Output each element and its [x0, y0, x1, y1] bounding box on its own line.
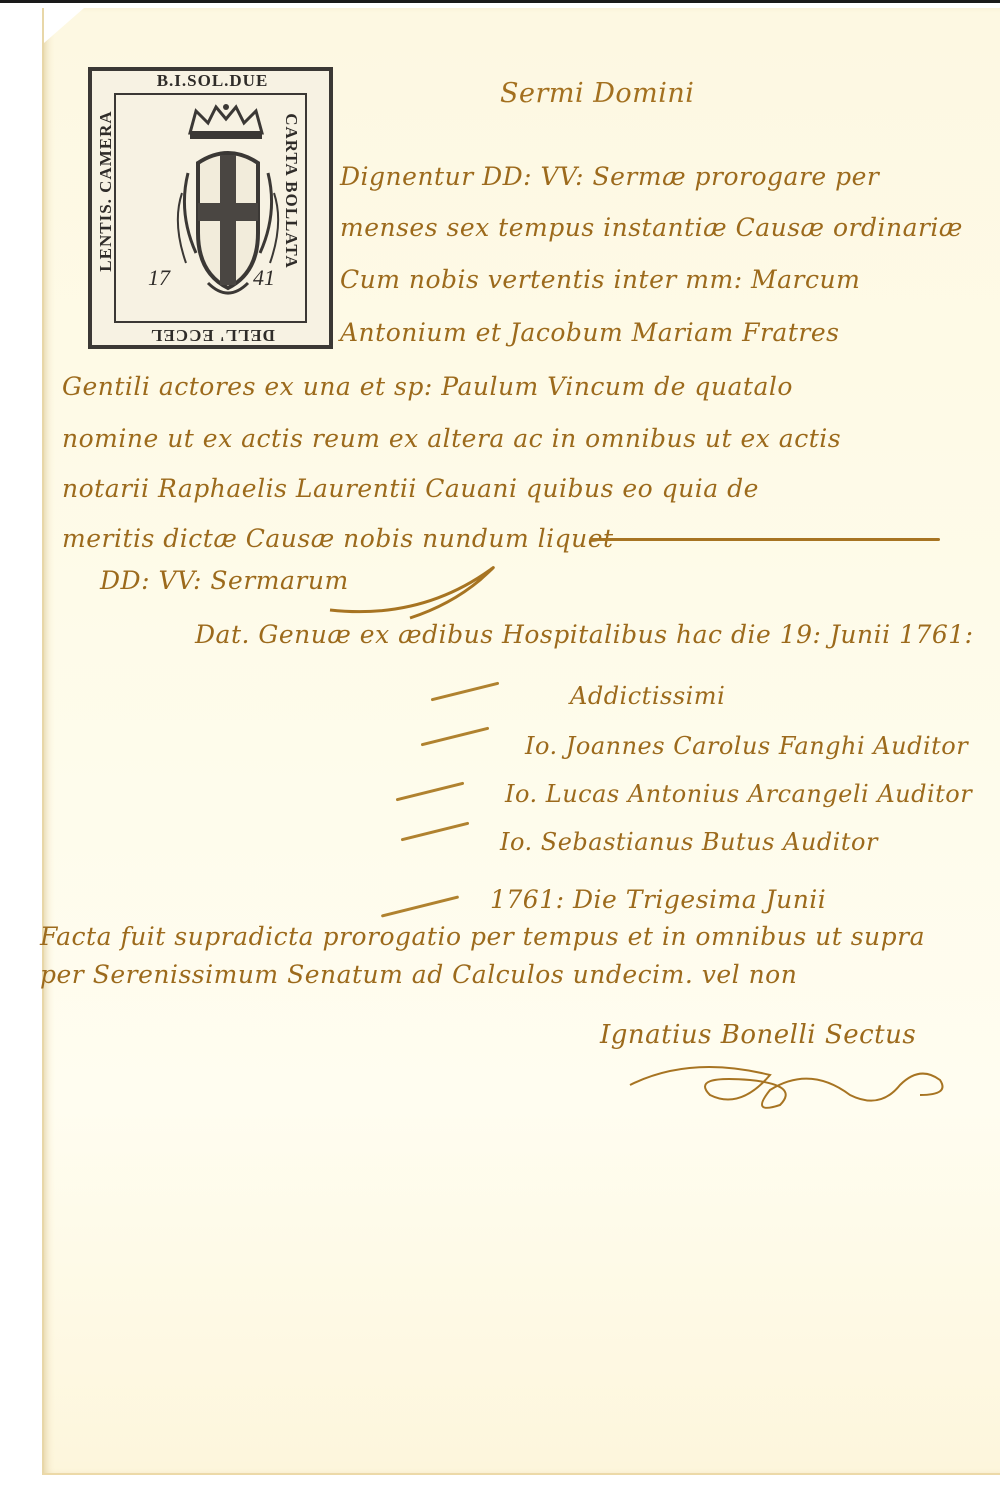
date-line: Dat. Genuæ ex ædibus Hospitalibus hac di…	[195, 620, 974, 649]
line-end-flourish	[590, 538, 940, 541]
body-line: menses sex tempus instantiæ Causæ ordina…	[340, 213, 963, 242]
scan-top-edge	[0, 0, 1000, 3]
stamp-year-right: 41	[253, 265, 275, 291]
body-line: Cum nobis vertentis inter mm: Marcum	[340, 265, 860, 294]
stamp-left-text: LENTIS. CAMERA	[96, 81, 116, 301]
revenue-stamp: B.I.SOL.DUE CARTA BOLLATA LENTIS. CAMERA…	[88, 67, 333, 349]
stamp-frame: 17 41	[114, 93, 307, 323]
crown-icon	[186, 103, 266, 141]
closing-flourish-icon	[330, 560, 510, 620]
body-line: nomine ut ex actis reum ex altera ac in …	[62, 424, 841, 453]
closing-salutation: DD: VV: Sermarum	[100, 566, 349, 595]
signatory-name: Io. Joannes Carolus Fanghi Auditor	[525, 732, 968, 760]
annotation-date: 1761: Die Trigesima Junii	[490, 885, 826, 914]
signatory-name: Io. Lucas Antonius Arcangeli Auditor	[505, 780, 972, 808]
stamp-bottom-text: DELL' ECCEL	[100, 325, 325, 345]
annotation-line: per Serenissimum Senatum ad Calculos und…	[40, 960, 797, 989]
notary-signature: Ignatius Bonelli Sectus	[600, 1020, 916, 1050]
body-line: Gentili actores ex una et sp: Paulum Vin…	[62, 372, 793, 401]
stamp-year-left: 17	[148, 265, 170, 291]
body-line: Antonium et Jacobum Mariam Fratres	[340, 318, 839, 347]
body-line: Dignentur DD: VV: Sermæ prorogare per	[340, 162, 879, 191]
signatory-name: Io. Sebastianus Butus Auditor	[500, 828, 878, 856]
body-line: meritis dictæ Causæ nobis nundum liquet	[62, 524, 614, 553]
signatories-salutation: Addictissimi	[570, 682, 725, 710]
signature-flourish-icon	[630, 1055, 960, 1115]
document-heading: Sermi Domini	[500, 78, 694, 109]
body-line: notarii Raphaelis Laurentii Cauani quibu…	[62, 474, 759, 503]
annotation-line: Facta fuit supradicta prorogatio per tem…	[40, 922, 925, 951]
